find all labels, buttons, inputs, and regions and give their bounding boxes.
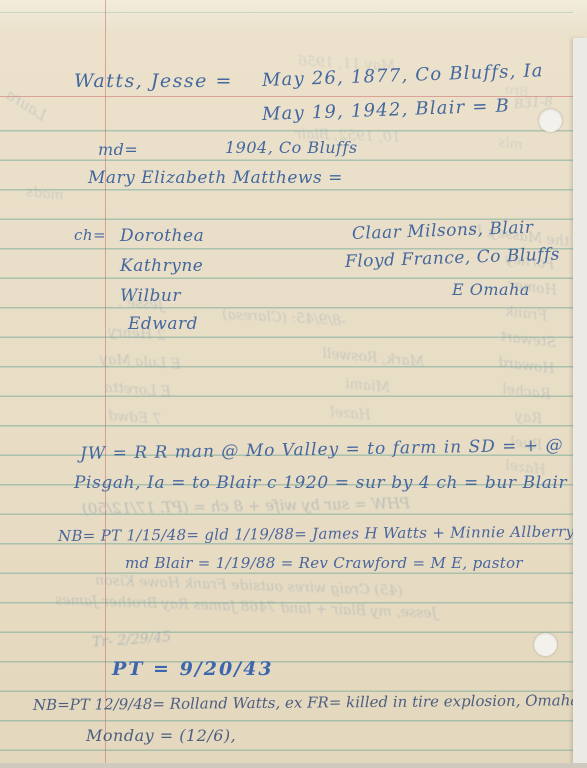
bleed-through-text: Tr- 2/29/45 (92, 629, 172, 650)
bleed-through-text: Hazel (329, 404, 371, 423)
bleed-through-text: Frank (504, 303, 548, 324)
bleed-through-text: Mark, Roswell (321, 346, 424, 371)
child-note: E Omaha (452, 280, 530, 299)
top-rule-line (0, 12, 573, 13)
hole-punch-top (539, 109, 562, 132)
bleed-through-text: Stewart (499, 329, 557, 352)
bleed-through-text: Ray (514, 408, 543, 427)
scan-edge-right (573, 38, 587, 768)
bleed-through-text: PHW = sur by wife + 8 ch = (PT. 17/12/50… (82, 494, 410, 518)
entry-surname-given: Watts, Jesse = (74, 70, 233, 92)
news-note-2-line-2: Monday = (12/6), (86, 726, 236, 745)
biography-line-1: JW = R R man @ Mo Valley = to farm in SD… (80, 436, 564, 464)
biography-line-2: Pisgah, Ia = to Blair c 1920 = sur by 4 … (74, 473, 587, 493)
bleed-through-text: -8/9/45: (Claresa) (222, 307, 347, 329)
bleed-through-text: E Lula May (100, 351, 182, 373)
bleed-through-text: mads (25, 184, 64, 204)
pt-reference: PT = 9/20/43 (112, 658, 274, 680)
children-label: ch= (74, 226, 106, 244)
hole-punch-bottom (534, 633, 557, 656)
bleed-through-text: Miami (344, 376, 390, 396)
bleed-through-text: Laura (3, 86, 50, 125)
bleed-through-text: Howard (497, 355, 555, 378)
spouse-name: Mary Elizabeth Matthews = (88, 168, 343, 188)
child-name: Wilbur (120, 286, 181, 306)
scan-edge-bottom (0, 763, 587, 768)
bleed-through-text: 7 Edwd (108, 408, 162, 428)
notebook-page: May 11, 195610, 1952, BlairLauraB31-8mad… (0, 0, 587, 768)
death-date-line: May 19, 1942, Blair = B (262, 95, 511, 125)
bleed-through-text: Rachel (501, 381, 551, 403)
child-name: Edward (128, 314, 198, 334)
married-label: md= (98, 140, 138, 159)
married-date-place: 1904, Co Bluffs (225, 138, 358, 157)
bleed-through-text: E Loretta (104, 380, 172, 401)
child-name: Kathryne (120, 256, 203, 276)
news-note-1-line-1: NB= PT 1/15/48= gld 1/19/88= James H Wat… (58, 522, 587, 545)
bleed-through-text: mls (497, 134, 524, 153)
child-name: Dorothea (120, 226, 204, 246)
news-note-2-line-1: NB=PT 12/9/48= Rolland Watts, ex FR= kil… (33, 691, 587, 714)
news-note-1-line-2: md Blair = 1/19/88 = Rev Crawford = M E,… (125, 554, 523, 572)
